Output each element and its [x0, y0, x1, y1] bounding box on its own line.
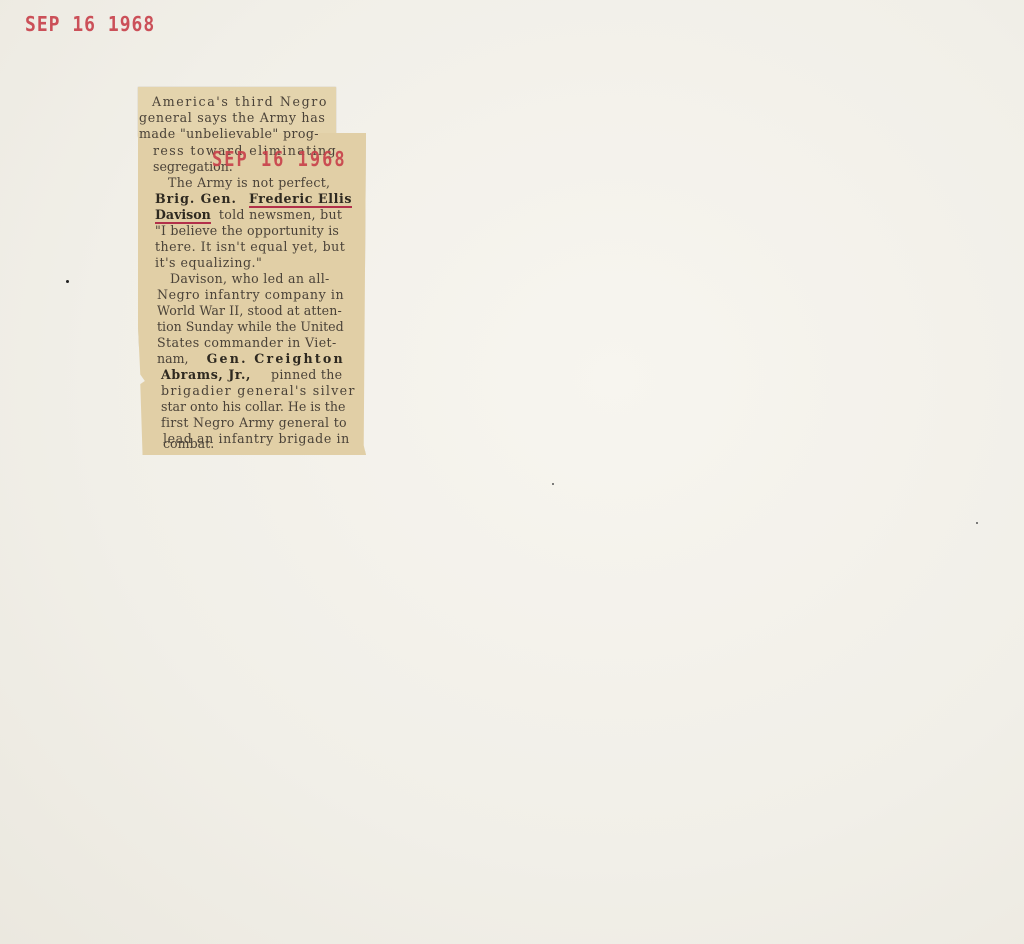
- clip-line: brigadier general's silver: [161, 385, 356, 398]
- clip-text: told newsmen, but: [219, 207, 342, 222]
- clip-line: Davison, who led an all-: [170, 273, 330, 286]
- clip-line: star onto his collar. He is the: [161, 401, 345, 414]
- speck: [66, 280, 69, 283]
- clip-line: The Army is not perfect,: [168, 177, 330, 190]
- clip-line: tion Sunday while the United: [157, 321, 344, 334]
- clip-line: there. It isn't equal yet, but: [155, 241, 345, 254]
- date-stamp: SEP 16 1968: [25, 12, 155, 36]
- clip-line: Negro infantry company in: [157, 289, 344, 302]
- clip-line: general says the Army has: [139, 112, 326, 125]
- clip-line: it's equalizing.": [155, 257, 262, 270]
- clip-line: America's third Negro: [152, 96, 328, 109]
- speck: [976, 522, 978, 524]
- clip-line: first Negro Army general to: [161, 417, 347, 430]
- underlined-name: Davison: [155, 207, 211, 224]
- clip-text: nam,: [157, 351, 189, 366]
- rank-name: Brig. Gen.: [155, 191, 237, 206]
- general-name: Gen. Creighton: [207, 351, 345, 366]
- clip-line: "I believe the opportunity is: [155, 225, 339, 238]
- clipping-date-stamp: SEP 16 1968: [212, 148, 347, 172]
- clip-line: World War II, stood at atten-: [157, 305, 342, 318]
- speck: [552, 483, 554, 485]
- clip-line: made "unbelievable" prog-: [139, 128, 319, 141]
- clip-text: pinned the: [271, 367, 342, 382]
- clip-line: States commander in Viet-: [157, 337, 337, 350]
- underlined-name: Frederic Ellis: [249, 191, 352, 208]
- clip-line: combat.: [163, 438, 214, 451]
- general-name: Abrams, Jr.,: [161, 367, 251, 382]
